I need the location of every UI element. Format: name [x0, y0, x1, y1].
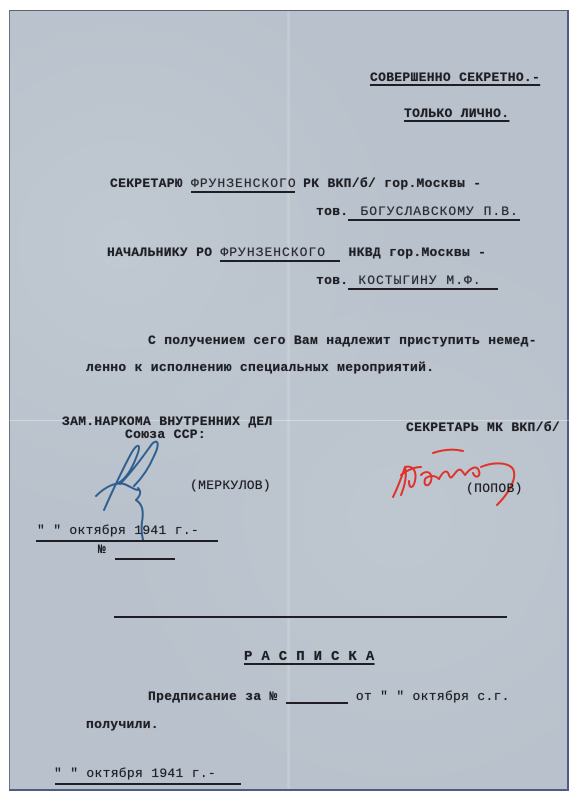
addressee-1-name-line: тов.БОГУСЛАВСКОМУ П.В. — [316, 204, 520, 221]
date-underline — [36, 540, 218, 542]
receipt-line-1: Предписание за № от " " октября с.г. — [148, 689, 510, 704]
receipt-line-2: получили. — [86, 717, 159, 732]
document-page — [9, 10, 569, 791]
receipt-date-underline — [55, 783, 241, 785]
order-number-blank — [115, 558, 175, 560]
addressee-2-tov: тов. — [316, 273, 348, 288]
addressee-1-prefix: СЕКРЕТАРЮ — [110, 176, 183, 191]
order-date: " " октября 1941 г.- — [37, 523, 199, 538]
left-signatory-name: (МЕРКУЛОВ) — [190, 478, 271, 493]
addressee-2-suffix: НКВД гор.Москвы - — [349, 245, 487, 260]
addressee-2-district: ФРУНЗЕНСКОГО — [220, 245, 340, 262]
left-signatory-org: Союза ССР: — [125, 427, 206, 442]
addressee-1-district: ФРУНЗЕНСКОГО — [191, 176, 295, 193]
addressee-2-title: НАЧАЛЬНИКУ РО ФРУНЗЕНСКОГО НКВД гор.Моск… — [107, 245, 486, 262]
addressee-1-tov: тов. — [316, 204, 348, 219]
order-number-label: № — [98, 542, 106, 557]
section-separator — [114, 616, 507, 618]
receipt-order-number-blank — [286, 690, 348, 704]
right-signatory-name: (ПОПОВ) — [466, 481, 523, 496]
receipt-order-label: Предписание за № — [148, 689, 278, 704]
addressee-1-name: БОГУСЛАВСКОМУ П.В. — [348, 204, 520, 221]
receipt-title: Р А С П И С К А — [244, 649, 375, 665]
right-signatory-title: СЕКРЕТАРЬ МК ВКП/б/ — [406, 420, 560, 435]
order-text-line-2: ленно к исполнению специальных мероприят… — [86, 360, 434, 375]
addressee-1-title: СЕКРЕТАРЮ ФРУНЗЕНСКОГО РК ВКП/б/ гор.Мос… — [110, 176, 481, 193]
addressee-2-name: КОСТЫГИНУ М.Ф. — [348, 273, 498, 290]
addressee-1-suffix: РК ВКП/б/ гор.Москвы - — [303, 176, 481, 191]
addressee-2-prefix: НАЧАЛЬНИКУ РО — [107, 245, 212, 260]
classification-stamp: СОВЕРШЕННО СЕКРЕТНО.- — [370, 70, 540, 85]
receipt-order-date: от " " октября с.г. — [356, 689, 510, 704]
order-text-line-1: С получением сего Вам надлежит приступит… — [148, 333, 537, 348]
addressee-2-name-line: тов.КОСТЫГИНУ М.Ф. — [316, 273, 498, 290]
receipt-date: " " октября 1941 г.- — [54, 766, 216, 781]
handling-instruction: ТОЛЬКО ЛИЧНО. — [404, 106, 509, 121]
